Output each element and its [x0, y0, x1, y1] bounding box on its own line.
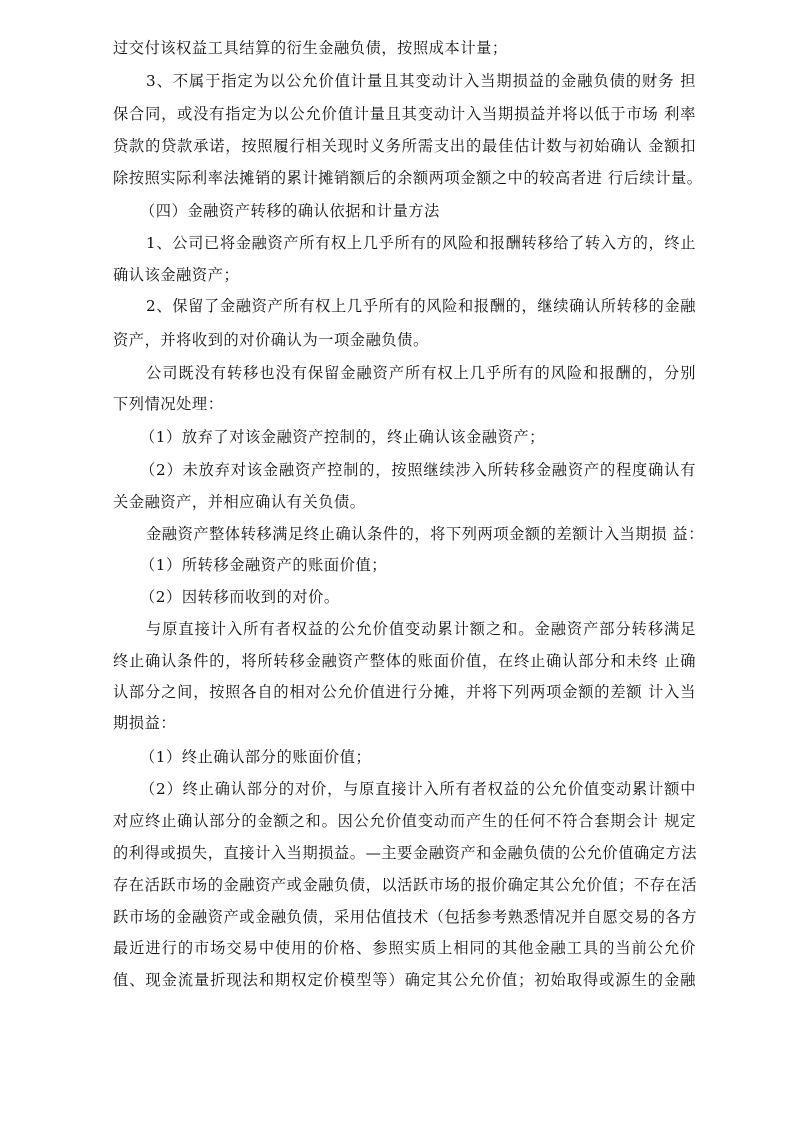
text-line: 资产，并将收到的对价确认为一项金融负债。 [113, 329, 696, 351]
text-line: 2、保留了金融资产所有权上几乎所有的风险和报酬的，继续确认所转移的金融 [146, 295, 696, 317]
text-line: 确认该金融资产； [113, 264, 696, 286]
text-line: 下列情况处理： [113, 393, 696, 415]
text-line: （四）金融资产转移的确认依据和计量方法 [140, 200, 696, 222]
text-line: 值、现金流量折现法和期权定价模型等）确定其公允价值；初始取得或源生的金融 [113, 969, 696, 991]
text-line: （2）因转移而收到的对价。 [140, 586, 696, 608]
text-line: 跃市场的金融资产或金融负债，采用估值技术（包括参考熟悉情况并自愿交易的各方 [113, 906, 696, 928]
text-line: （2）未放弃对该金融资产控制的，按照继续涉入所转移金融资产的程度确认有 [140, 459, 696, 481]
text-line: （1）所转移金融资产的账面价值； [140, 554, 696, 576]
text-line: 保合同，或没有指定为以公允价值计量且其变动计入当期损益并将以低于市场 利率 [113, 103, 696, 125]
text-line: 的利得或损失，直接计入当期损益。—主要金融资产和金融负债的公允价值确定方法 [113, 842, 696, 864]
text-line: 公司既没有转移也没有保留金融资产所有权上几乎所有的风险和报酬的，分别 [146, 362, 696, 384]
text-line: 最近进行的市场交易中使用的价格、参照实质上相同的其他金融工具的当前公允价 [113, 937, 696, 959]
text-line: （1）放弃了对该金融资产控制的，终止确认该金融资产； [140, 426, 696, 448]
text-line: （1）终止确认部分的账面价值； [140, 746, 696, 768]
text-line: 3、不属于指定为以公允价值计量且其变动计入当期损益的金融负债的财务 担 [146, 70, 696, 92]
text-line: 关金融资产，并相应确认有关负债。 [113, 491, 696, 513]
text-line: 过交付该权益工具结算的衍生金融负债，按照成本计量； [113, 37, 696, 59]
text-line: 终止确认条件的，将所转移金融资产整体的账面价值，在终止确认部分和未终 止确 [113, 650, 696, 672]
text-line: 1、公司已将金融资产所有权上几乎所有的风险和报酬转移给了转入方的，终止 [146, 232, 696, 254]
text-line: 对应终止确认部分的金额之和。因公允价值变动而产生的任何不符合套期会计 规定 [113, 810, 696, 832]
text-line: 与原直接计入所有者权益的公允价值变动累计额之和。金融资产部分转移满足 [146, 618, 696, 640]
text-line: 存在活跃市场的金融资产或金融负债，以活跃市场的报价确定其公允价值；不存在活 [113, 874, 696, 896]
text-line: 除按照实际利率法摊销的累计摊销额后的余额两项金额之中的较高者进 行后续计量。 [113, 167, 696, 189]
document-page: 过交付该权益工具结算的衍生金融负债，按照成本计量；3、不属于指定为以公允价值计量… [0, 0, 793, 1122]
text-line: 金融资产整体转移满足终止确认条件的，将下列两项金额的差额计入当期损 益： [146, 523, 696, 545]
text-line: （2）终止确认部分的对价，与原直接计入所有者权益的公允价值变动累计额中 [140, 778, 696, 800]
text-line: 贷款的贷款承诺，按照履行相关现时义务所需支出的最佳估计数与初始确认 金额扣 [113, 135, 696, 157]
text-line: 认部分之间，按照各自的相对公允价值进行分摊，并将下列两项金额的差额 计入当 [113, 681, 696, 703]
text-line: 期损益： [113, 712, 696, 734]
